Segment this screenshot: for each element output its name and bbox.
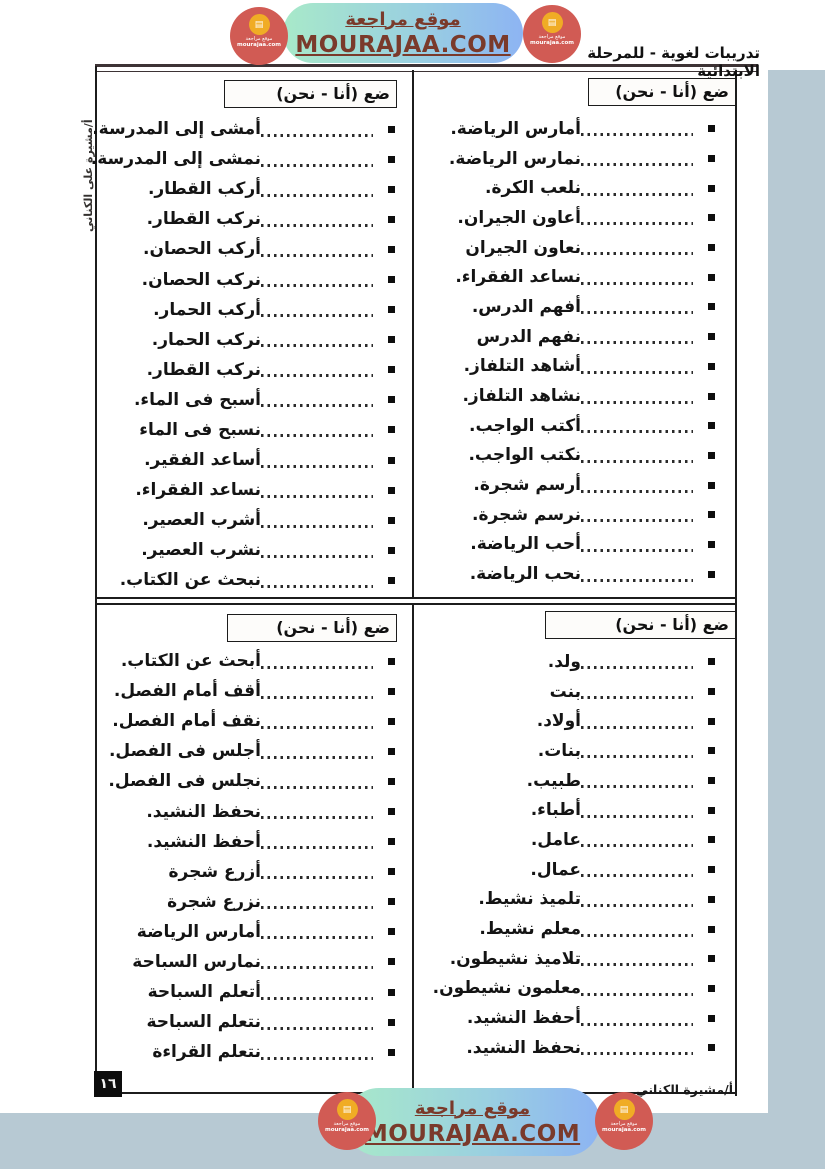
item-text: أشاهد التلفاز. xyxy=(464,356,581,376)
worksheet-item: أكتب الواجب. xyxy=(430,410,715,440)
item-text: نزرع شجرة xyxy=(167,892,261,912)
worksheet-item: تلاميذ نشيطون. xyxy=(430,943,715,973)
square-bullet-icon xyxy=(388,1019,395,1026)
item-text: نسبح فى الماء xyxy=(139,420,261,440)
item-text: نبحث عن الكتاب. xyxy=(120,570,261,590)
worksheet-item: بنت xyxy=(430,676,715,706)
worksheet-item: عامل. xyxy=(430,824,715,854)
item-text: أساعد الفقير. xyxy=(144,450,261,470)
fill-in-blank xyxy=(581,755,693,758)
section-bottom-right: ولد.بنتأولاد.بنات.طبيب.أطباء.عامل.عمال.ت… xyxy=(430,646,715,1062)
worksheet-item: طبيب. xyxy=(430,765,715,795)
item-text: أعاون الجيران. xyxy=(457,208,581,228)
item-text: أتعلم السباحة xyxy=(148,982,261,1002)
section-title-bottom-left: ضع (أنا - نحن) xyxy=(227,614,397,642)
fill-in-blank xyxy=(261,756,373,759)
site-name: موقع مراجعة xyxy=(283,9,523,30)
section-title-top-right: ضع (أنا - نحن) xyxy=(588,78,736,106)
fill-in-blank xyxy=(261,997,373,1000)
section-top-right: أمارس الرياضة.نمارس الرياضة.نلعب الكرة.أ… xyxy=(430,113,715,588)
fill-in-blank xyxy=(581,311,693,314)
worksheet-item: أساعد الفقير. xyxy=(102,444,395,474)
square-bullet-icon xyxy=(388,748,395,755)
square-bullet-icon xyxy=(708,422,715,429)
worksheet-item: نعاون الجيران xyxy=(430,232,715,262)
footer-signature: أ/مشيرة الكناني xyxy=(598,1082,733,1097)
worksheet-item: ولد. xyxy=(430,646,715,676)
worksheet-item: نرسم شجرة. xyxy=(430,499,715,529)
fill-in-blank xyxy=(261,906,373,909)
square-bullet-icon xyxy=(708,688,715,695)
logo-label-en: mourajaa.com xyxy=(325,1127,369,1133)
fill-in-blank xyxy=(581,785,693,788)
worksheet-item: نمارس السباحة xyxy=(102,946,395,976)
square-bullet-icon xyxy=(388,688,395,695)
worksheet-item: نسبح فى الماء xyxy=(102,414,395,444)
fill-in-blank xyxy=(261,314,373,317)
square-bullet-icon xyxy=(708,777,715,784)
fill-in-blank xyxy=(581,549,693,552)
worksheet-item: نتعلم القراءة xyxy=(102,1036,395,1066)
worksheet-item: نحب الرياضة. xyxy=(430,558,715,588)
square-bullet-icon xyxy=(708,452,715,459)
item-text: أحفظ النشيد. xyxy=(467,1008,581,1028)
section-title-bottom-right: ضع (أنا - نحن) xyxy=(545,611,736,639)
worksheet-item: أمشى إلى المدرسة. xyxy=(102,113,395,143)
square-bullet-icon xyxy=(708,747,715,754)
square-bullet-icon xyxy=(708,155,715,162)
square-bullet-icon xyxy=(708,125,715,132)
worksheet-item: نبحث عن الكتاب. xyxy=(102,564,395,594)
book-icon: ▤ xyxy=(542,12,563,33)
fill-in-blank xyxy=(581,579,693,582)
mourajaa-logo-icon: ▤ موقع مراجعة mourajaa.com xyxy=(523,5,581,63)
square-bullet-icon xyxy=(388,778,395,785)
square-bullet-icon xyxy=(708,866,715,873)
item-text: نمارس السباحة xyxy=(132,952,261,972)
site-domain: MOURAJAA.COM xyxy=(283,32,523,58)
item-text: أمشى إلى المدرسة. xyxy=(92,119,261,139)
square-bullet-icon xyxy=(708,511,715,518)
fill-in-blank xyxy=(261,666,373,669)
fill-in-blank xyxy=(261,525,373,528)
fill-in-blank xyxy=(261,876,373,879)
fill-in-blank xyxy=(261,284,373,287)
site-domain: MOURAJAA.COM xyxy=(345,1121,600,1147)
worksheet-item: أشرب العصير. xyxy=(102,504,395,534)
fill-in-blank xyxy=(261,966,373,969)
square-bullet-icon xyxy=(388,276,395,283)
item-text: نرسم شجرة. xyxy=(472,505,581,525)
fill-in-blank xyxy=(261,344,373,347)
item-text: أركب الحمار. xyxy=(153,300,261,320)
fill-in-blank xyxy=(261,404,373,407)
square-bullet-icon xyxy=(388,989,395,996)
square-bullet-icon xyxy=(388,126,395,133)
item-text: نفهم الدرس xyxy=(477,327,581,347)
worksheet-item: أفهم الدرس. xyxy=(430,291,715,321)
fill-in-blank xyxy=(261,434,373,437)
item-text: نركب الحمار. xyxy=(152,330,261,350)
worksheet-item: أعاون الجيران. xyxy=(430,202,715,232)
worksheet-item: نلعب الكرة. xyxy=(430,172,715,202)
fill-in-blank xyxy=(261,1027,373,1030)
item-text: أمارس الرياضة xyxy=(137,922,261,942)
worksheet-item: أولاد. xyxy=(430,705,715,735)
item-text: أحفظ النشيد. xyxy=(147,832,261,852)
item-text: نمشى إلى المدرسة. xyxy=(91,149,261,169)
square-bullet-icon xyxy=(388,658,395,665)
worksheet-item: تلميذ نشيط. xyxy=(430,884,715,914)
square-bullet-icon xyxy=(388,898,395,905)
fill-in-blank xyxy=(261,1057,373,1060)
square-bullet-icon xyxy=(708,244,715,251)
fill-in-blank xyxy=(261,194,373,197)
square-bullet-icon xyxy=(708,718,715,725)
item-text: نقف أمام الفصل. xyxy=(112,711,261,731)
fill-in-blank xyxy=(581,163,693,166)
square-bullet-icon xyxy=(388,396,395,403)
item-text: أبحث عن الكتاب. xyxy=(121,651,261,671)
item-text: نعاون الجيران xyxy=(465,238,581,258)
page-background-right xyxy=(768,70,825,1169)
book-icon: ▤ xyxy=(614,1099,635,1120)
square-bullet-icon xyxy=(388,838,395,845)
book-icon: ▤ xyxy=(337,1099,358,1120)
square-bullet-icon xyxy=(388,246,395,253)
fill-in-blank xyxy=(261,134,373,137)
worksheet-item: أشاهد التلفاز. xyxy=(430,351,715,381)
section-top-left: أمشى إلى المدرسة.نمشى إلى المدرسة.أركب ا… xyxy=(102,113,395,595)
worksheet-item: أحفظ النشيد. xyxy=(430,1002,715,1032)
worksheet-item: نشاهد التلفاز. xyxy=(430,380,715,410)
fill-in-blank xyxy=(581,519,693,522)
item-text: بنات. xyxy=(538,741,581,761)
worksheet-item: أبحث عن الكتاب. xyxy=(102,645,395,675)
fill-in-blank xyxy=(581,133,693,136)
square-bullet-icon xyxy=(708,955,715,962)
fill-in-blank xyxy=(581,282,693,285)
square-bullet-icon xyxy=(388,426,395,433)
worksheet-item: نركب الحمار. xyxy=(102,324,395,354)
item-text: أولاد. xyxy=(537,711,581,731)
item-text: أمارس الرياضة. xyxy=(450,119,581,139)
item-text: أسبح فى الماء. xyxy=(134,390,261,410)
square-bullet-icon xyxy=(708,658,715,665)
square-bullet-icon xyxy=(388,808,395,815)
square-bullet-icon xyxy=(708,333,715,340)
fill-in-blank xyxy=(581,934,693,937)
item-text: نتعلم القراءة xyxy=(152,1042,261,1062)
worksheet-item: أحفظ النشيد. xyxy=(102,826,395,856)
item-text: نساعد الفقراء. xyxy=(455,267,581,287)
item-text: عمال. xyxy=(530,860,581,880)
frame-border-right xyxy=(735,70,737,1096)
square-bullet-icon xyxy=(388,958,395,965)
square-bullet-icon xyxy=(708,896,715,903)
square-bullet-icon xyxy=(388,547,395,554)
fill-in-blank xyxy=(261,585,373,588)
section-divider-line xyxy=(95,597,737,605)
fill-in-blank xyxy=(581,252,693,255)
item-text: عامل. xyxy=(531,830,581,850)
item-text: تلاميذ نشيطون. xyxy=(450,949,581,969)
square-bullet-icon xyxy=(388,928,395,935)
fill-in-blank xyxy=(581,193,693,196)
worksheet-item: أركب الحمار. xyxy=(102,294,395,324)
fill-in-blank xyxy=(261,555,373,558)
worksheet-item: نحفظ النشيد. xyxy=(102,795,395,825)
fill-in-blank xyxy=(581,666,693,669)
worksheet-item: أرسم شجرة. xyxy=(430,469,715,499)
mourajaa-logo-icon: ▤ موقع مراجعة mourajaa.com xyxy=(230,7,288,65)
square-bullet-icon xyxy=(388,868,395,875)
square-bullet-icon xyxy=(708,1044,715,1051)
square-bullet-icon xyxy=(388,306,395,313)
fill-in-blank xyxy=(261,254,373,257)
top-banner: موقع مراجعة MOURAJAA.COM xyxy=(283,3,523,63)
fill-in-blank xyxy=(581,371,693,374)
worksheet-item: نساعد الفقراء. xyxy=(102,474,395,504)
fill-in-blank xyxy=(261,936,373,939)
square-bullet-icon xyxy=(388,216,395,223)
column-divider-bottom xyxy=(412,603,414,1092)
worksheet-item: نفهم الدرس xyxy=(430,321,715,351)
item-text: أفهم الدرس. xyxy=(472,297,581,317)
item-text: نركب القطار. xyxy=(147,360,261,380)
worksheet-item: أقف أمام الفصل. xyxy=(102,675,395,705)
worksheet-item: نمشى إلى المدرسة. xyxy=(102,143,395,173)
fill-in-blank xyxy=(581,844,693,847)
worksheet-item: عمال. xyxy=(430,854,715,884)
worksheet-item: نتعلم السباحة xyxy=(102,1006,395,1036)
square-bullet-icon xyxy=(708,541,715,548)
item-text: نمارس الرياضة. xyxy=(449,149,581,169)
square-bullet-icon xyxy=(708,1015,715,1022)
fill-in-blank xyxy=(581,1052,693,1055)
column-divider-top xyxy=(412,70,414,597)
square-bullet-icon xyxy=(388,517,395,524)
fill-in-blank xyxy=(581,696,693,699)
page-number: ١٦ xyxy=(94,1071,122,1097)
item-text: نلعب الكرة. xyxy=(485,178,581,198)
square-bullet-icon xyxy=(388,336,395,343)
fill-in-blank xyxy=(581,963,693,966)
item-text: نتعلم السباحة xyxy=(146,1012,261,1032)
item-text: معلم نشيط. xyxy=(479,919,581,939)
worksheet-item: أجلس فى الفصل. xyxy=(102,735,395,765)
logo-label-en: mourajaa.com xyxy=(530,40,574,46)
worksheet-item: نشرب العصير. xyxy=(102,534,395,564)
fill-in-blank xyxy=(581,430,693,433)
fill-in-blank xyxy=(581,1023,693,1026)
logo-label-en: mourajaa.com xyxy=(237,42,281,48)
worksheet-item: أركب القطار. xyxy=(102,173,395,203)
fill-in-blank xyxy=(581,904,693,907)
item-text: أرسم شجرة. xyxy=(473,475,581,495)
square-bullet-icon xyxy=(388,577,395,584)
fill-in-blank xyxy=(581,993,693,996)
item-text: نركب القطار. xyxy=(147,209,261,229)
fill-in-blank xyxy=(581,341,693,344)
fill-in-blank xyxy=(581,726,693,729)
square-bullet-icon xyxy=(708,393,715,400)
square-bullet-icon xyxy=(708,185,715,192)
bottom-banner: موقع مراجعة MOURAJAA.COM xyxy=(345,1088,600,1156)
item-text: أزرع شجرة xyxy=(168,862,261,882)
worksheet-item: نكتب الواجب. xyxy=(430,440,715,470)
square-bullet-icon xyxy=(708,274,715,281)
worksheet-item: نركب القطار. xyxy=(102,203,395,233)
worksheet-item: بنات. xyxy=(430,735,715,765)
square-bullet-icon xyxy=(388,366,395,373)
item-text: أكتب الواجب. xyxy=(469,416,581,436)
item-text: تلميذ نشيط. xyxy=(478,889,581,909)
item-text: ولد. xyxy=(548,652,581,672)
square-bullet-icon xyxy=(708,214,715,221)
fill-in-blank xyxy=(261,816,373,819)
fill-in-blank xyxy=(581,222,693,225)
item-text: أشرب العصير. xyxy=(142,510,261,530)
worksheet-item: معلمون نشيطون. xyxy=(430,973,715,1003)
worksheet-item: أسبح فى الماء. xyxy=(102,384,395,414)
fill-in-blank xyxy=(261,786,373,789)
square-bullet-icon xyxy=(388,487,395,494)
worksheet-item: نساعد الفقراء. xyxy=(430,261,715,291)
item-text: نحفظ النشيد. xyxy=(466,1038,581,1058)
item-text: نساعد الفقراء. xyxy=(135,480,261,500)
square-bullet-icon xyxy=(708,836,715,843)
fill-in-blank xyxy=(261,696,373,699)
item-text: بنت xyxy=(550,682,581,702)
item-text: أحب الرياضة. xyxy=(470,534,581,554)
worksheet-item: أتعلم السباحة xyxy=(102,976,395,1006)
fill-in-blank xyxy=(581,874,693,877)
item-text: نركب الحصان. xyxy=(142,270,261,290)
square-bullet-icon xyxy=(388,718,395,725)
book-icon: ▤ xyxy=(249,14,270,35)
fill-in-blank xyxy=(261,374,373,377)
square-bullet-icon xyxy=(708,482,715,489)
fill-in-blank xyxy=(581,401,693,404)
worksheet-item: نجلس فى الفصل. xyxy=(102,765,395,795)
fill-in-blank xyxy=(261,164,373,167)
item-text: طبيب. xyxy=(527,771,581,791)
item-text: معلمون نشيطون. xyxy=(433,978,581,998)
item-text: أجلس فى الفصل. xyxy=(109,741,261,761)
fill-in-blank xyxy=(261,465,373,468)
square-bullet-icon xyxy=(708,571,715,578)
square-bullet-icon xyxy=(708,303,715,310)
square-bullet-icon xyxy=(388,156,395,163)
worksheet-item: معلم نشيط. xyxy=(430,913,715,943)
square-bullet-icon xyxy=(388,1049,395,1056)
item-text: نجلس فى الفصل. xyxy=(108,771,261,791)
fill-in-blank xyxy=(581,490,693,493)
worksheet-item: نحفظ النشيد. xyxy=(430,1032,715,1062)
square-bullet-icon xyxy=(708,926,715,933)
item-text: أركب القطار. xyxy=(148,179,261,199)
worksheet-item: نمارس الرياضة. xyxy=(430,143,715,173)
worksheet-item: نركب الحصان. xyxy=(102,263,395,293)
worksheet-item: أمارس الرياضة xyxy=(102,916,395,946)
worksheet-item: نقف أمام الفصل. xyxy=(102,705,395,735)
item-text: أطباء. xyxy=(531,800,581,820)
item-text: نشرب العصير. xyxy=(141,540,261,560)
fill-in-blank xyxy=(261,846,373,849)
mourajaa-logo-icon: ▤ موقع مراجعة mourajaa.com xyxy=(595,1092,653,1150)
square-bullet-icon xyxy=(388,457,395,464)
item-text: نشاهد التلفاز. xyxy=(462,386,581,406)
worksheet-item: أزرع شجرة xyxy=(102,856,395,886)
worksheet-item: أطباء. xyxy=(430,794,715,824)
item-text: نحفظ النشيد. xyxy=(146,802,261,822)
site-name: موقع مراجعة xyxy=(345,1098,600,1119)
section-title-top-left: ضع (أنا - نحن) xyxy=(224,80,397,108)
frame-border-left xyxy=(95,66,97,1094)
worksheet-item: أركب الحصان. xyxy=(102,233,395,263)
square-bullet-icon xyxy=(708,807,715,814)
item-text: أركب الحصان. xyxy=(143,239,261,259)
worksheet-item: نركب القطار. xyxy=(102,354,395,384)
worksheet-item: أحب الرياضة. xyxy=(430,529,715,559)
fill-in-blank xyxy=(261,224,373,227)
fill-in-blank xyxy=(581,815,693,818)
item-text: نكتب الواجب. xyxy=(468,445,581,465)
fill-in-blank xyxy=(261,726,373,729)
worksheet-page: { "banner": { "site_name": "موقع مراجعة"… xyxy=(0,0,825,1169)
square-bullet-icon xyxy=(388,186,395,193)
worksheet-item: نزرع شجرة xyxy=(102,886,395,916)
fill-in-blank xyxy=(581,460,693,463)
square-bullet-icon xyxy=(708,985,715,992)
worksheet-item: أمارس الرياضة. xyxy=(430,113,715,143)
fill-in-blank xyxy=(261,495,373,498)
square-bullet-icon xyxy=(708,363,715,370)
logo-label-en: mourajaa.com xyxy=(602,1127,646,1133)
section-bottom-left: أبحث عن الكتاب.أقف أمام الفصل.نقف أمام ا… xyxy=(102,645,395,1066)
item-text: أقف أمام الفصل. xyxy=(114,681,261,701)
item-text: نحب الرياضة. xyxy=(470,564,581,584)
mourajaa-logo-icon: ▤ موقع مراجعة mourajaa.com xyxy=(318,1092,376,1150)
